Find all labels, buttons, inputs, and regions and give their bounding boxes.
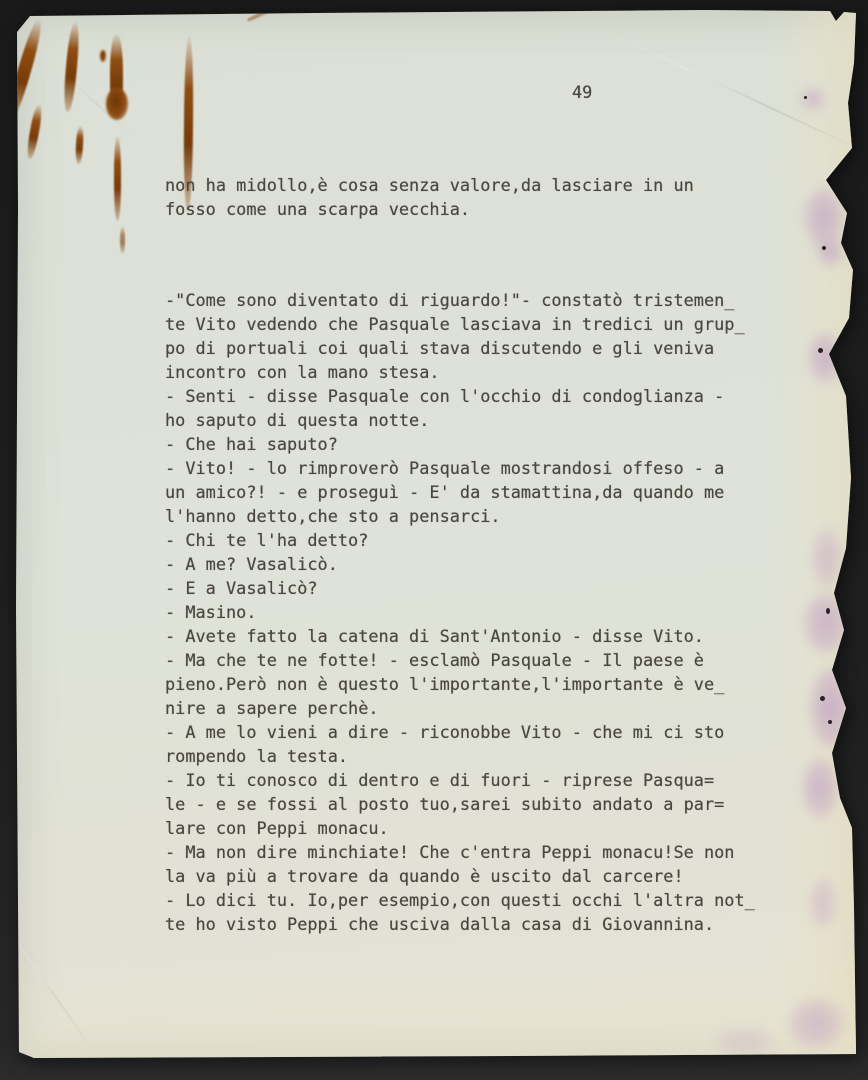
purple-stain — [804, 593, 848, 653]
text-line: l'hanno detto,che sto a pensarci. — [165, 504, 755, 528]
manuscript-page: 49 non ha midollo,è cosa senza valore,da… — [14, 8, 860, 1062]
text-line: -"Come sono diventato di riguardo!"- con… — [165, 288, 755, 312]
dark-speck — [826, 608, 830, 614]
text-line: la va più a trovare da quando è uscito d… — [165, 864, 755, 888]
text-line: ho saputo di questa notte. — [165, 408, 755, 432]
text-line: - Ma che te ne fotte! - esclamò Pasquale… — [165, 648, 755, 672]
text-line: - Chi te l'ha detto? — [165, 528, 755, 552]
text-line: - Masino. — [165, 600, 755, 624]
ink-stain — [75, 126, 84, 164]
text-line: - Ma non dire minchiate! Che c'entra Pep… — [165, 840, 755, 864]
page-number: 49 — [572, 80, 592, 104]
ink-stain — [106, 88, 128, 120]
purple-stain — [808, 333, 842, 383]
purple-stain — [810, 668, 850, 748]
dark-speck — [820, 696, 825, 701]
text-line: pieno.Però non è questo l'importante,l'i… — [165, 672, 755, 696]
text-line: le - e se fossi al posto tuo,sarei subit… — [165, 792, 755, 816]
intro-paragraph: non ha midollo,è cosa senza valore,da la… — [165, 173, 694, 221]
dark-speck — [822, 246, 826, 250]
text-line: nire a sapere perchè. — [165, 696, 755, 720]
ink-stain — [120, 226, 125, 254]
text-line: - Lo dici tu. Io,per esempio,con questi … — [165, 888, 755, 912]
ink-stain — [25, 104, 43, 160]
scanned-page-wrapper: 49 non ha midollo,è cosa senza valore,da… — [0, 0, 868, 1080]
text-line: te Vito vedendo che Pasquale lasciava in… — [165, 312, 755, 336]
dark-speck — [804, 96, 807, 99]
ink-stain — [62, 22, 81, 113]
dark-speck — [818, 348, 823, 353]
text-line: - Che hai saputo? — [165, 432, 755, 456]
text-line: - E a Vasalicò? — [165, 576, 755, 600]
text-line: - A me? Vasalicò. — [165, 552, 755, 576]
purple-stain — [714, 1028, 774, 1054]
purple-stain — [789, 998, 844, 1048]
ink-stain — [246, 6, 273, 22]
text-line: - Senti - disse Pasquale con l'occhio di… — [165, 384, 755, 408]
text-line: fosso come una scarpa vecchia. — [165, 197, 694, 221]
text-line: incontro con la mano stesa. — [165, 360, 755, 384]
text-line: un amico?! - e proseguì - E' da stamatti… — [165, 480, 755, 504]
text-line: po di portuali coi quali stava discutend… — [165, 336, 755, 360]
text-line: lare con Peppi monacu. — [165, 816, 755, 840]
purple-stain — [802, 758, 838, 818]
text-line: - Vito! - lo rimproverò Pasquale mostran… — [165, 456, 755, 480]
text-line: rompendo la testa. — [165, 744, 755, 768]
ink-stain — [114, 136, 121, 221]
text-line: te ho visto Peppi che usciva dalla casa … — [165, 912, 755, 936]
purple-stain — [800, 88, 826, 110]
purple-stain — [812, 528, 842, 588]
text-line: - Avete fatto la catena di Sant'Antonio … — [165, 624, 755, 648]
text-line: - Io ti conosco di dentro e di fuori - r… — [165, 768, 755, 792]
purple-stain — [810, 878, 836, 928]
dark-speck — [828, 720, 832, 724]
purple-stain — [816, 238, 844, 266]
dialogue-paragraph: -"Come sono diventato di riguardo!"- con… — [165, 288, 755, 936]
text-line: - A me lo vieni a dire - riconobbe Vito … — [165, 720, 755, 744]
text-line: non ha midollo,è cosa senza valore,da la… — [165, 173, 694, 197]
scan-background: { "colors":{ "background":"#1f1f20", "pa… — [0, 0, 868, 1080]
ink-stain — [100, 50, 106, 62]
